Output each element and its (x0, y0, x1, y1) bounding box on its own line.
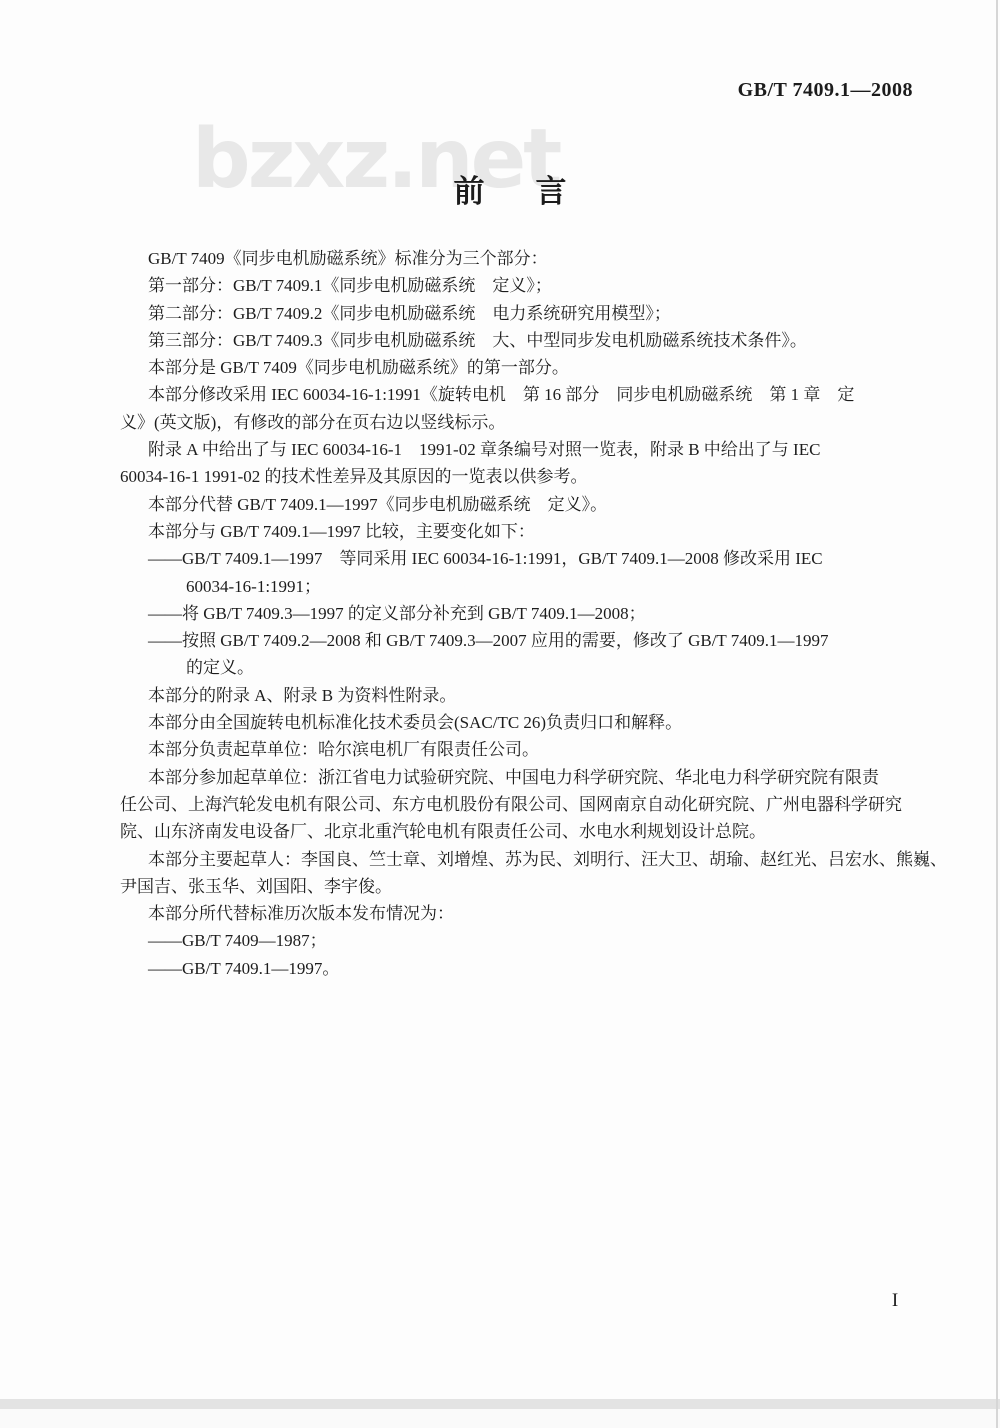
body-line: 本部分主要起草人：李国良、竺士章、刘增煌、苏为民、刘明行、汪大卫、胡瑜、赵红光、… (120, 846, 912, 873)
page-title: 前 言 (120, 166, 910, 211)
body-line: 本部分与 GB/T 7409.1—1997 比较，主要变化如下： (120, 518, 912, 545)
body-line: ——按照 GB/T 7409.2—2008 和 GB/T 7409.3—2007… (120, 627, 912, 654)
standard-number: GB/T 7409.1—2008 (738, 79, 913, 102)
document-page: bzxz.net GB/T 7409.1—2008 前 言 GB/T 7409《… (0, 0, 1000, 1428)
body-line: ——将 GB/T 7409.3—1997 的定义部分补充到 GB/T 7409.… (120, 600, 912, 627)
body-line: 附录 A 中给出了与 IEC 60034-16-1 1991-02 章条编号对照… (120, 436, 912, 463)
body-line: 第三部分：GB/T 7409.3《同步电机励磁系统 大、中型同步发电机励磁系统技… (120, 327, 912, 354)
body-line: 60034-16-1 1991-02 的技术性差异及其原因的一览表以供参考。 (120, 463, 912, 490)
body-text: GB/T 7409《同步电机励磁系统》标准分为三个部分：第一部分：GB/T 74… (120, 245, 912, 982)
body-line: 第二部分：GB/T 7409.2《同步电机励磁系统 电力系统研究用模型》； (120, 300, 912, 327)
body-line: 本部分负责起草单位：哈尔滨电机厂有限责任公司。 (120, 736, 912, 763)
body-line: 60034-16-1:1991； (120, 573, 912, 600)
body-line: 本部分是 GB/T 7409《同步电机励磁系统》的第一部分。 (120, 354, 912, 381)
scan-bottom-edge (0, 1399, 1000, 1409)
body-line: 的定义。 (120, 654, 912, 681)
scan-bottom-margin (0, 1409, 1000, 1428)
body-line: ——GB/T 7409.1—1997。 (120, 955, 912, 982)
body-line: 本部分所代替标准历次版本发布情况为： (120, 900, 912, 927)
page-number: I (880, 1290, 910, 1312)
body-line: 尹国吉、张玉华、刘国阳、李宇俊。 (120, 873, 912, 900)
body-line: 本部分修改采用 IEC 60034-16-1:1991《旋转电机 第 16 部分… (120, 381, 912, 408)
body-line: 本部分的附录 A、附录 B 为资料性附录。 (120, 682, 912, 709)
body-line: 义》(英文版)，有修改的部分在页右边以竖线标示。 (120, 409, 912, 436)
body-line: 本部分代替 GB/T 7409.1—1997《同步电机励磁系统 定义》。 (120, 491, 912, 518)
body-line: 院、山东济南发电设备厂、北京北重汽轮电机有限责任公司、水电水利规划设计总院。 (120, 818, 912, 845)
body-line: 本部分参加起草单位：浙江省电力试验研究院、中国电力科学研究院、华北电力科学研究院… (120, 764, 912, 791)
body-line: 任公司、上海汽轮发电机有限公司、东方电机股份有限公司、国网南京自动化研究院、广州… (120, 791, 912, 818)
scan-right-edge-line (996, 0, 998, 1428)
body-line: ——GB/T 7409.1—1997 等同采用 IEC 60034-16-1:1… (120, 545, 912, 572)
body-line: ——GB/T 7409—1987； (120, 927, 912, 954)
body-line: 第一部分：GB/T 7409.1《同步电机励磁系统 定义》； (120, 272, 912, 299)
body-line: GB/T 7409《同步电机励磁系统》标准分为三个部分： (120, 245, 912, 272)
body-line: 本部分由全国旋转电机标准化技术委员会(SAC/TC 26)负责归口和解释。 (120, 709, 912, 736)
